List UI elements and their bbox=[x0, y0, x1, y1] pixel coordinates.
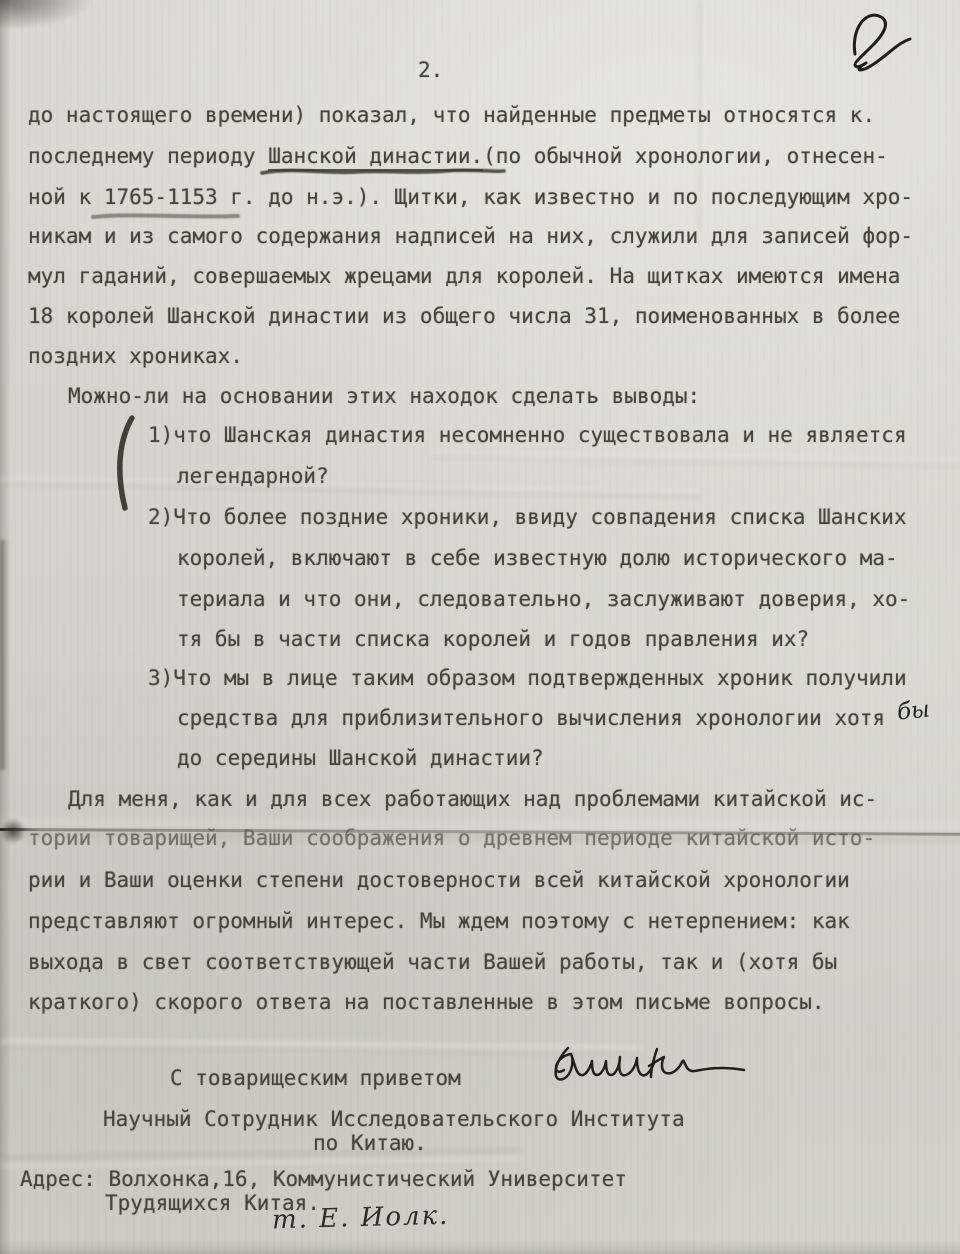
paragraph2-line3: рии и Ваши оценки степени достоверности … bbox=[28, 868, 850, 892]
list-item1-text1: что Шанская династия несомненно существо… bbox=[173, 423, 906, 447]
closing-title-line1: Научный Сотрудник Исследовательского Инс… bbox=[103, 1107, 685, 1131]
handwritten-inserted-word: бы bbox=[896, 696, 931, 725]
handwritten-signature bbox=[548, 1046, 756, 1092]
list-item1-line1: 1)что Шанская династия несомненно сущест… bbox=[148, 423, 907, 447]
handwritten-name: т. Е. Иолк. bbox=[272, 1201, 450, 1236]
closing-salutation: С товарищеским приветом bbox=[170, 1066, 461, 1090]
pencil-underline-dates bbox=[90, 210, 242, 222]
paragraph2-line1: Для меня, как и для всех работающих над … bbox=[68, 787, 877, 811]
scan-shadow-corner bbox=[0, 0, 90, 30]
scan-shadow-bottom-edge bbox=[0, 1240, 960, 1254]
typed-page-number: 2. bbox=[418, 58, 443, 82]
paper-crease-lower-2 bbox=[0, 1148, 520, 1167]
paragraph1-line5: мул гаданий, совершаемых жрецами для кор… bbox=[28, 264, 900, 288]
list-item2-line1: 2)Что более поздние хроники, ввиду совпа… bbox=[148, 505, 907, 529]
list-item3-text1: Что мы в лице таким образом подтвержденн… bbox=[173, 666, 906, 690]
list-item1-line2: легендарной? bbox=[177, 464, 329, 488]
paragraph2-line6: краткого) скорого ответа на поставленные… bbox=[28, 990, 825, 1014]
paper-crease-lower-1 bbox=[0, 1039, 640, 1056]
list-item2-line3: териала и что они, следовательно, заслуж… bbox=[177, 587, 910, 611]
address-line1: Адрес: Волхонка,16, Коммунистический Уни… bbox=[20, 1167, 627, 1191]
list-item3-line1: 3)Что мы в лице таким образом подтвержде… bbox=[148, 666, 907, 690]
list-item2-line4: тя бы в части списка королей и годов пра… bbox=[177, 627, 809, 651]
paper-crease-diagonal bbox=[0, 477, 700, 498]
paper-crease-middle bbox=[430, 451, 960, 468]
list-item2-text1: Что более поздние хроники, ввиду совпаде… bbox=[173, 505, 906, 529]
paragraph2-line4: представляют огромный интерес. Мы ждем п… bbox=[28, 909, 850, 933]
fold-crease-edge-blotch bbox=[0, 818, 26, 844]
list-item1-number: 1) bbox=[148, 423, 173, 447]
handwritten-page-number bbox=[838, 8, 920, 74]
list-item2-number: 2) bbox=[148, 505, 173, 529]
paragraph1-line7: поздних хрониках. bbox=[28, 344, 243, 368]
closing-title-line2: по Китаю. bbox=[313, 1131, 427, 1155]
pencil-underline-shang-dynasty bbox=[260, 164, 508, 178]
list-item2-line2: королей, включают в себе известную долю … bbox=[177, 546, 898, 570]
paragraph1-line1: до настоящего времени) показал, что найд… bbox=[28, 103, 875, 127]
list-item3-number: 3) bbox=[148, 666, 173, 690]
handwritten-margin-bracket bbox=[110, 414, 138, 512]
paragraph1-line2-pre: последнему периоду bbox=[28, 144, 268, 168]
paragraph1-line3: ной к 1765-1153 г. до н.э.). Щитки, как … bbox=[28, 185, 913, 209]
question-intro: Можно-ли на основании этих находок сдела… bbox=[68, 384, 700, 408]
paragraph1-line4: никам и из самого содержания надписей на… bbox=[28, 224, 913, 248]
paragraph1-line2-post: (по обычной хронологии, отнесен- bbox=[483, 144, 888, 168]
list-item3-line2: средства для приблизительного вычисления… bbox=[177, 706, 885, 730]
list-item3-line3: до середины Шанской династии? bbox=[177, 746, 544, 770]
paragraph2-line5: выхода в свет соответствующей части Ваше… bbox=[28, 950, 837, 974]
scan-shadow-left-dark bbox=[0, 540, 8, 770]
typewritten-letter-page: 2. до настоящего времени) показал, что н… bbox=[0, 0, 960, 1254]
paragraph1-line6: 18 королей Шанской династии из общего чи… bbox=[28, 304, 900, 328]
